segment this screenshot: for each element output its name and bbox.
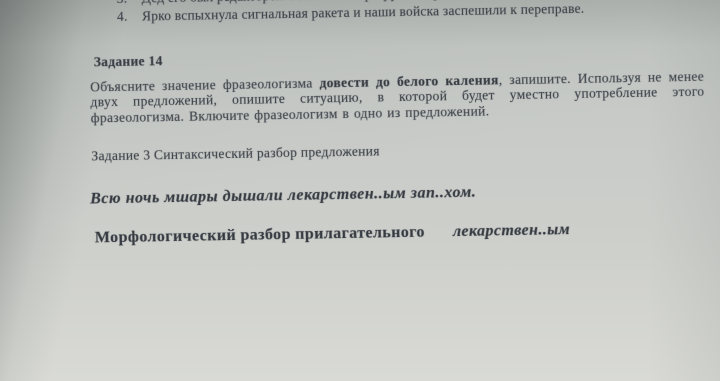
morphology-label: Морфологический разбор прилагательного — [95, 224, 425, 247]
list-item-number: 4. — [117, 8, 142, 24]
task14-body: Объясните значение фразеологизма довести… — [90, 69, 705, 126]
morphology-line: Морфологический разбор прилагательноголе… — [95, 221, 570, 247]
worksheet-photo: 3.Дед его был редактором в газете литера… — [0, 0, 720, 381]
task14-heading: Задание 14 — [94, 53, 163, 70]
morphology-word: лекарствен..ым — [453, 221, 570, 240]
worksheet-text-layer: 3.Дед его был редактором в газете литера… — [0, 0, 720, 381]
task3-heading: Задание 3 Синтаксический разбор предложе… — [91, 143, 380, 164]
list-item-number: 3. — [117, 0, 142, 7]
task3-sentence: Всю ночь мшары дышали лекарствен..ым зап… — [90, 184, 476, 209]
